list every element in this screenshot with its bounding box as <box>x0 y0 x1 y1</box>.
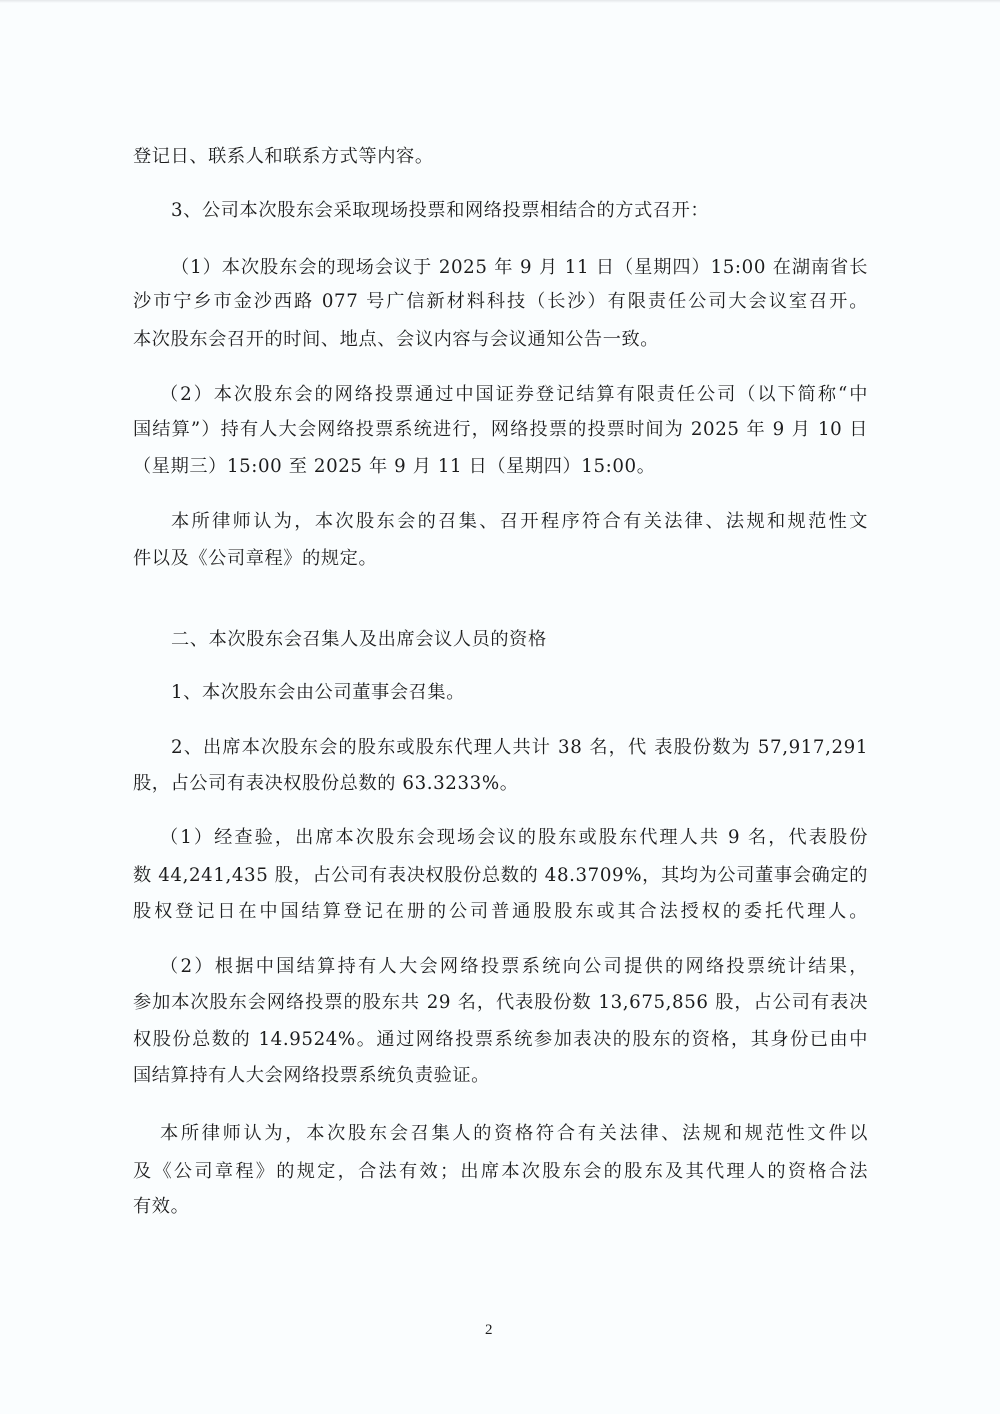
text-line: 本所律师认为，本次股东会的召集、召开程序符合有关法律、法规和规范性文 <box>171 510 868 534</box>
text-line: 登记日、联系人和联系方式等内容。 <box>133 145 434 169</box>
text-line: 有效。 <box>133 1195 189 1219</box>
text-line: （2）本次股东会的网络投票通过中国证券登记结算有限责任公司（以下简称“中 <box>160 383 868 407</box>
text-line: 件以及《公司章程》的规定。 <box>133 547 377 571</box>
text-line: 3、公司本次股东会采取现场投票和网络投票相结合的方式召开： <box>171 199 709 223</box>
text-line: 本次股东会召开的时间、地点、会议内容与会议通知公告一致。 <box>133 328 659 352</box>
text-line: 股，占公司有表决权股份总数的 63.3233%。 <box>133 772 519 796</box>
text-line: 数 44,241,435 股，占公司有表决权股份总数的 48.3709%，其均为… <box>133 864 868 888</box>
text-line: 沙市宁乡市金沙西路 077 号广信新材料科技（长沙）有限责任公司大会议室召开。 <box>133 290 868 314</box>
page-number: 2 <box>485 1321 493 1339</box>
text-line: 国结算”）持有人大会网络投票系统进行，网络投票的投票时间为 2025 年 9 月… <box>133 418 868 442</box>
text-line: 1、本次股东会由公司董事会召集。 <box>171 681 465 705</box>
text-line: 权股份总数的 14.9524%。通过网络投票系统参加表决的股东的资格，其身份已由… <box>133 1028 868 1052</box>
section-heading: 二、本次股东会召集人及出席会议人员的资格 <box>171 628 547 652</box>
text-line: （2）根据中国结算持有人大会网络投票系统向公司提供的网络投票统计结果， <box>160 955 868 979</box>
text-line: （1）本次股东会的现场会议于 2025 年 9 月 11 日（星期四）15:00… <box>171 256 868 280</box>
text-line: 国结算持有人大会网络投票系统负责验证。 <box>133 1064 490 1088</box>
text-line: （星期三）15:00 至 2025 年 9 月 11 日（星期四）15:00。 <box>133 455 656 479</box>
text-line: 本所律师认为，本次股东会召集人的资格符合有关法律、法规和规范性文件以 <box>160 1122 868 1146</box>
text-line: 参加本次股东会网络投票的股东共 29 名，代表股份数 13,675,856 股，… <box>133 991 868 1015</box>
text-line: 2、出席本次股东会的股东或股东代理人共计 38 名，代 表股份数为 57,917… <box>171 736 868 760</box>
text-line: 及《公司章程》的规定，合法有效；出席本次股东会的股东及其代理人的资格合法 <box>133 1160 868 1184</box>
page-edge <box>0 0 1000 3</box>
text-line: （1）经查验，出席本次股东会现场会议的股东或股东代理人共 9 名，代表股份 <box>160 826 868 850</box>
text-line: 股权登记日在中国结算登记在册的公司普通股股东或其合法授权的委托代理人。 <box>133 900 868 924</box>
